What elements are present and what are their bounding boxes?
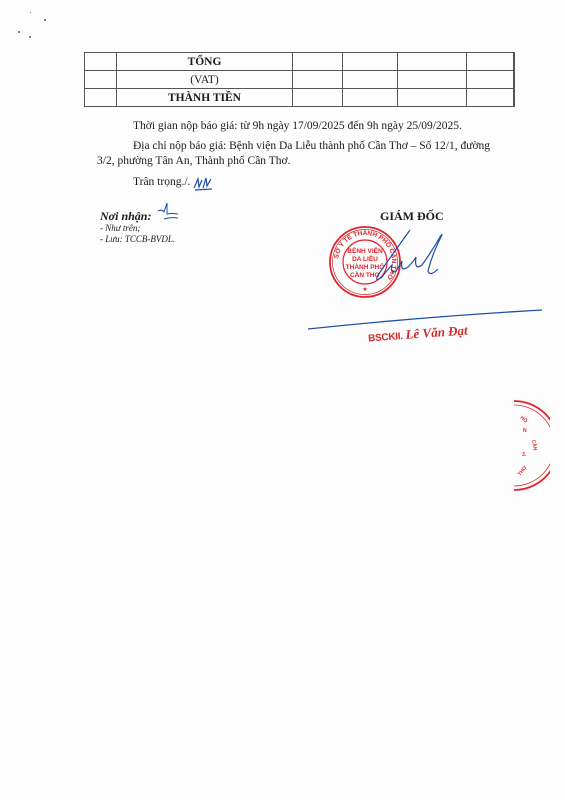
initials-mark-icon <box>192 176 216 192</box>
table-cell-label: TỔNG <box>117 53 293 71</box>
svg-text:THƠ: THƠ <box>517 464 529 477</box>
recipient-item: - Như trên; <box>100 223 140 233</box>
recipients-title: Nơi nhận: <box>100 209 151 224</box>
partial-seal-icon: HỒ CẦN N 3. THƠ <box>500 398 550 493</box>
table-cell-index <box>85 53 117 71</box>
svg-text:N: N <box>523 428 527 434</box>
handwritten-signature-icon <box>370 225 480 300</box>
table-cell-value <box>343 89 398 107</box>
scan-speck <box>18 31 20 33</box>
table-cell-value <box>293 89 343 107</box>
table-cell-label: THÀNH TIỀN <box>117 89 293 107</box>
signer-full-name: Lê Văn Đạt <box>405 323 468 342</box>
table-cell-value <box>514 53 515 71</box>
scan-speck <box>30 12 31 13</box>
svg-text:CẦN: CẦN <box>530 439 539 451</box>
table-cell-value <box>398 71 467 89</box>
recipient-item: - Lưu: TCCB-BVDL. <box>100 234 175 244</box>
table-cell-index <box>85 89 117 107</box>
scan-speck <box>29 36 31 38</box>
table-cell-value <box>398 89 467 107</box>
table-cell-value <box>467 71 514 89</box>
table-row: TỔNG <box>85 53 515 71</box>
submission-address: Địa chỉ nộp báo giá: Bệnh viện Da Liễu t… <box>133 138 490 154</box>
table-cell-value <box>514 71 515 89</box>
closing-text: Trân trọng./. <box>133 174 190 190</box>
handwritten-tick-icon <box>156 201 182 223</box>
table-row: (VAT) <box>85 71 515 89</box>
table-cell-value <box>514 89 515 107</box>
table-cell-value <box>293 71 343 89</box>
svg-text:3.: 3. <box>522 452 527 458</box>
submission-address-cont: 3/2, phường Tân An, Thành phố Cần Thơ. <box>97 153 290 169</box>
scan-speck <box>44 19 46 21</box>
price-summary-table: TỔNG(VAT)THÀNH TIỀN <box>84 52 515 107</box>
table-cell-value <box>467 89 514 107</box>
table-cell-label: (VAT) <box>117 71 293 89</box>
svg-text:★: ★ <box>362 286 367 293</box>
signer-position: GIÁM ĐỐC <box>380 209 444 224</box>
document-page: TỔNG(VAT)THÀNH TIỀN Thời gian nộp báo gi… <box>0 0 565 800</box>
table-cell-value <box>467 53 514 71</box>
table-cell-value <box>398 53 467 71</box>
table-cell-value <box>343 53 398 71</box>
submission-time: Thời gian nộp báo giá: từ 9h ngày 17/09/… <box>133 118 462 134</box>
table-cell-value <box>293 53 343 71</box>
table-row: THÀNH TIỀN <box>85 89 515 107</box>
table-cell-value <box>343 71 398 89</box>
svg-text:HỒ: HỒ <box>519 414 529 424</box>
signer-title-prefix: BSCKII. <box>368 331 403 344</box>
table-cell-index <box>85 71 117 89</box>
